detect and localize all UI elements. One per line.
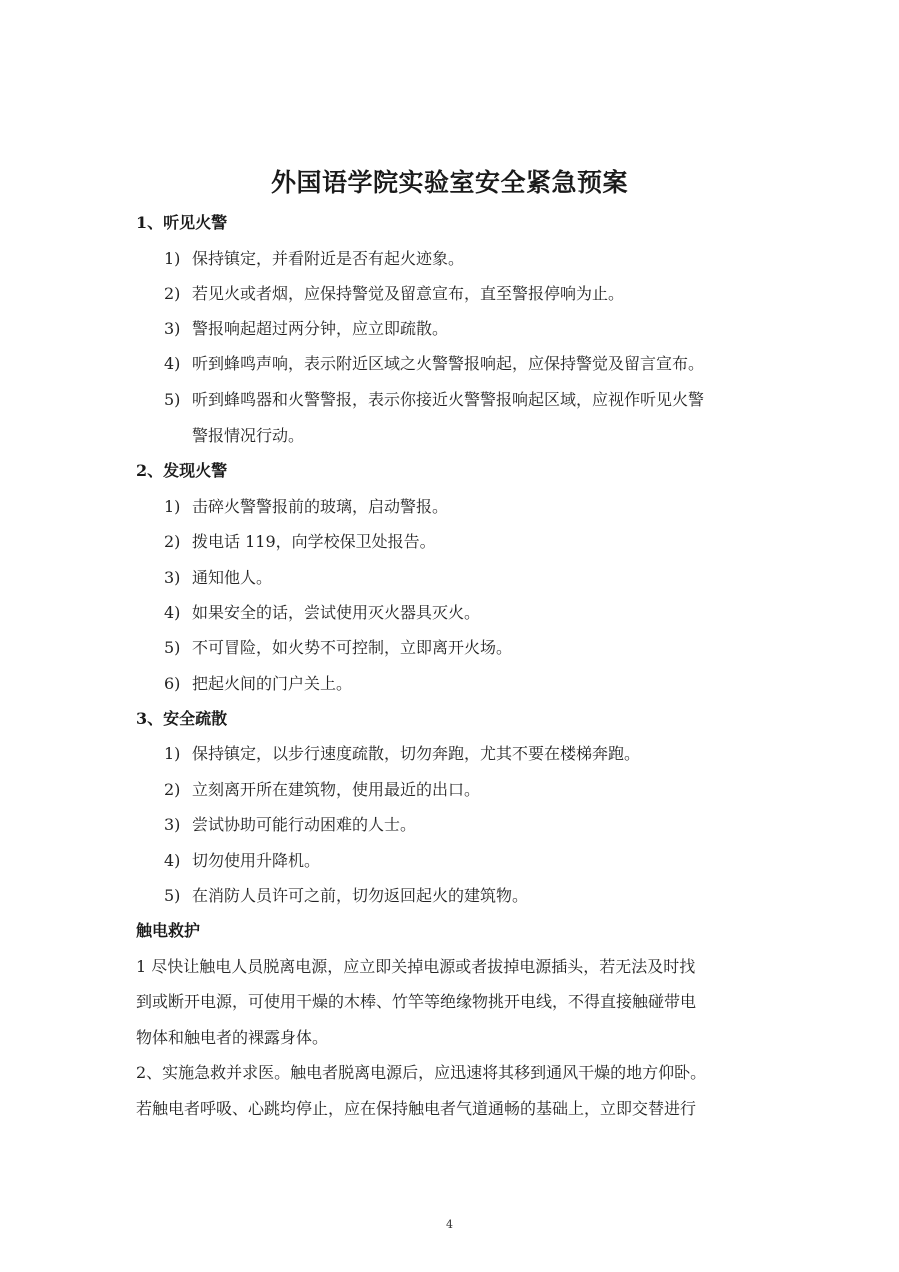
paragraph-line: 若触电者呼吸、心跳均停止，应在保持触电者气道通畅的基础上，立即交替进行 (136, 1096, 696, 1119)
list-item: 2)拨电话 119，向学校保卫处报告。 (164, 529, 436, 552)
document-page: 外国语学院实验室安全紧急预案 1、听见火警 1)保持镇定，并看附近是否有起火迹象… (0, 0, 899, 1272)
section-heading-electric-rescue: 触电救护 (136, 918, 200, 941)
list-item: 4)切勿使用升降机。 (164, 848, 320, 871)
list-item: 2)立刻离开所在建筑物，使用最近的出口。 (164, 777, 480, 800)
document-title: 外国语学院实验室安全紧急预案 (0, 163, 899, 199)
list-item: 4)听到蜂鸣声响，表示附近区域之火警警报响起，应保持警觉及留言宣布。 (164, 351, 704, 374)
list-item: 4)如果安全的话，尝试使用灭火器具灭火。 (164, 600, 480, 623)
list-item: 5)在消防人员许可之前，切勿返回起火的建筑物。 (164, 883, 528, 906)
list-item: 5)听到蜂鸣器和火警警报，表示你接近火警警报响起区域，应视作听见火警 (164, 387, 704, 410)
section-heading-find-fire: 2、发现火警 (136, 458, 227, 481)
list-item: 3)警报响起超过两分钟，应立即疏散。 (164, 316, 448, 339)
list-item: 3)尝试协助可能行动困难的人士。 (164, 812, 416, 835)
list-item-continuation: 警报情况行动。 (192, 423, 304, 446)
list-item: 1)保持镇定，以步行速度疏散，切勿奔跑，尤其不要在楼梯奔跑。 (164, 741, 640, 764)
list-item: 1)击碎火警警报前的玻璃，启动警报。 (164, 494, 448, 517)
list-item: 2)若见火或者烟，应保持警觉及留意宣布，直至警报停响为止。 (164, 281, 624, 304)
section-heading-evacuation: 3、安全疏散 (136, 706, 227, 729)
list-item: 1)保持镇定，并看附近是否有起火迹象。 (164, 246, 464, 269)
list-item: 6)把起火间的门户关上。 (164, 671, 352, 694)
list-item: 5)不可冒险，如火势不可控制，立即离开火场。 (164, 635, 512, 658)
paragraph-line: 物体和触电者的裸露身体。 (136, 1025, 328, 1048)
section-heading-hear-alarm: 1、听见火警 (136, 210, 227, 233)
paragraph-line: 到或断开电源，可使用干燥的木棒、竹竿等绝缘物挑开电线，不得直接触碰带电 (136, 989, 696, 1012)
paragraph-line: 1 尽快让触电人员脱离电源，应立即关掉电源或者拔掉电源插头，若无法及时找 (136, 954, 695, 977)
page-number: 4 (0, 1218, 899, 1231)
list-item: 3)通知他人。 (164, 565, 272, 588)
paragraph-line: 2、实施急救并求医。触电者脱离电源后，应迅速将其移到通风干燥的地方仰卧。 (136, 1060, 706, 1083)
